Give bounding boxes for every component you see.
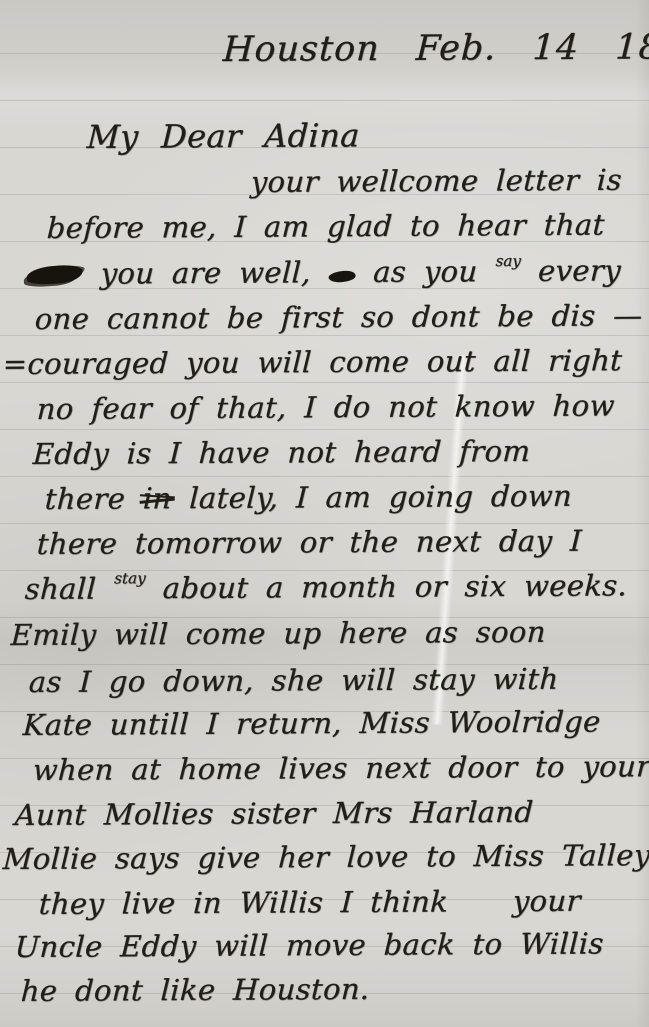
letter-line: Eddy is I have not heard from	[32, 434, 531, 471]
handwriting-text: lately, I am going down	[171, 479, 573, 515]
handwriting-text: Kate untill I return, Miss Woolridge	[22, 704, 601, 742]
handwriting-text: Mollie says give her love to Miss Talley	[2, 838, 649, 876]
struck-through-word: in	[142, 481, 172, 515]
handwriting-text: no fear of that, I do not know how	[36, 388, 616, 426]
letter-line: =couraged you will come out all right	[2, 343, 623, 381]
letter-line: one cannot be first so dont be dis —	[34, 298, 643, 336]
letter-line: there in lately, I am going down	[44, 479, 573, 516]
letter-line: xxx you are well, xx as you say every	[26, 253, 622, 291]
handwriting-text: every	[537, 253, 622, 288]
handwriting-text: they live in Willis I think your	[38, 884, 582, 921]
letter-line: Kate untill I return, Miss Woolridge	[22, 704, 601, 742]
handwriting-text: when at home lives next door to your	[32, 749, 649, 787]
letter-salutation: My Dear Adina	[86, 116, 361, 156]
handwriting-text: there tomorrow or the next day I	[36, 524, 583, 561]
handwriting-text: there	[44, 481, 144, 516]
handwriting-text: you are well,	[100, 255, 329, 290]
letter-line: Mollie says give her love to Miss Talley	[2, 838, 649, 876]
handwriting-text: =couraged you will come out all right	[2, 343, 623, 381]
handwriting-text: before me, I am glad to hear that	[46, 208, 605, 245]
ink-blot-scratched-word: xxx	[26, 263, 83, 286]
handwriting-text: one cannot be first so dont be dis —	[34, 298, 643, 336]
handwriting-text: Aunt Mollies sister Mrs Harland	[14, 795, 534, 832]
letter-line: as I go down, she will stay with	[28, 662, 559, 699]
handwriting-text: Uncle Eddy will move back to Willis	[14, 926, 605, 964]
letter-line: no fear of that, I do not know how	[36, 388, 616, 426]
salutation-text: My Dear Adina	[86, 116, 361, 156]
letter-page: Houston Feb. 14 1881 My Dear Adina your …	[0, 0, 649, 1027]
handwriting-text: your wellcome letter is	[250, 163, 623, 199]
inserted-word-stay: stay	[114, 569, 146, 587]
handwriting-text: as I go down, she will stay with	[28, 662, 559, 699]
handwriting-text: Eddy is I have not heard from	[32, 434, 531, 471]
letter-line: before me, I am glad to hear that	[46, 208, 605, 245]
inserted-word-say: say	[495, 252, 521, 270]
handwriting-text: shall	[24, 571, 115, 606]
handwriting-text: as you	[372, 254, 496, 289]
letter-line: when at home lives next door to your	[32, 749, 649, 787]
ink-blot-scratched-word: xx	[328, 270, 356, 284]
letter-line: they live in Willis I think your	[38, 884, 582, 921]
letter-line: Emily will come up here as soon	[10, 615, 547, 652]
letter-dateline: Houston Feb. 14 1881	[222, 27, 649, 70]
letter-line: Uncle Eddy will move back to Willis	[14, 926, 605, 964]
letter-line: your wellcome letter is	[250, 163, 623, 199]
dateline-text: Houston Feb. 14 1881	[222, 27, 649, 70]
letter-line: Aunt Mollies sister Mrs Harland	[14, 795, 534, 832]
letter-line: he dont like Houston.	[20, 972, 370, 1008]
handwriting-text: Emily will come up here as soon	[10, 615, 547, 652]
handwriting-text: he dont like Houston.	[20, 972, 370, 1008]
handwriting-text: about a month or six weeks.	[144, 568, 628, 605]
letter-line: there tomorrow or the next day I	[36, 524, 583, 561]
letter-line: shall stay about a month or six weeks.	[24, 568, 628, 606]
